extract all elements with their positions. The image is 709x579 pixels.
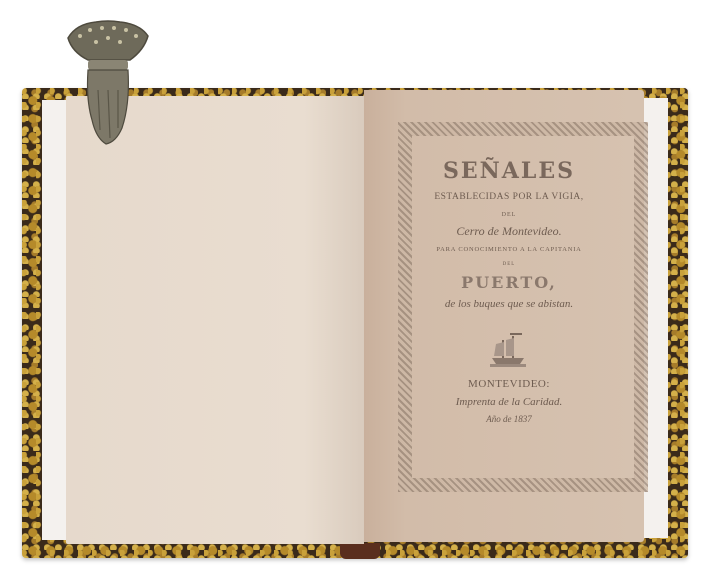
blank-left-page bbox=[66, 96, 364, 544]
title-text: SEÑALES bbox=[412, 158, 606, 184]
city-text: MONTEVIDEO: bbox=[412, 378, 606, 390]
year-text: Año de 1837 bbox=[412, 414, 606, 424]
location-text: Cerro de Montevideo. bbox=[412, 224, 606, 239]
del-text-2: DEL bbox=[412, 262, 606, 267]
press-text: Imprenta de la Caridad. bbox=[412, 396, 606, 408]
purpose-text: PARA CONOCIMIENTO A LA CAPITANIA bbox=[412, 246, 606, 253]
del-text: DEL bbox=[412, 212, 606, 218]
hand-clip-icon bbox=[66, 20, 150, 146]
book-spine bbox=[340, 543, 380, 559]
ship-vignette-icon bbox=[488, 330, 528, 370]
ships-text: de los buques que se abistan. bbox=[412, 298, 606, 310]
port-text: PUERTO, bbox=[412, 273, 606, 292]
subtitle-text: ESTABLECIDAS POR LA VIGIA, bbox=[412, 192, 606, 202]
